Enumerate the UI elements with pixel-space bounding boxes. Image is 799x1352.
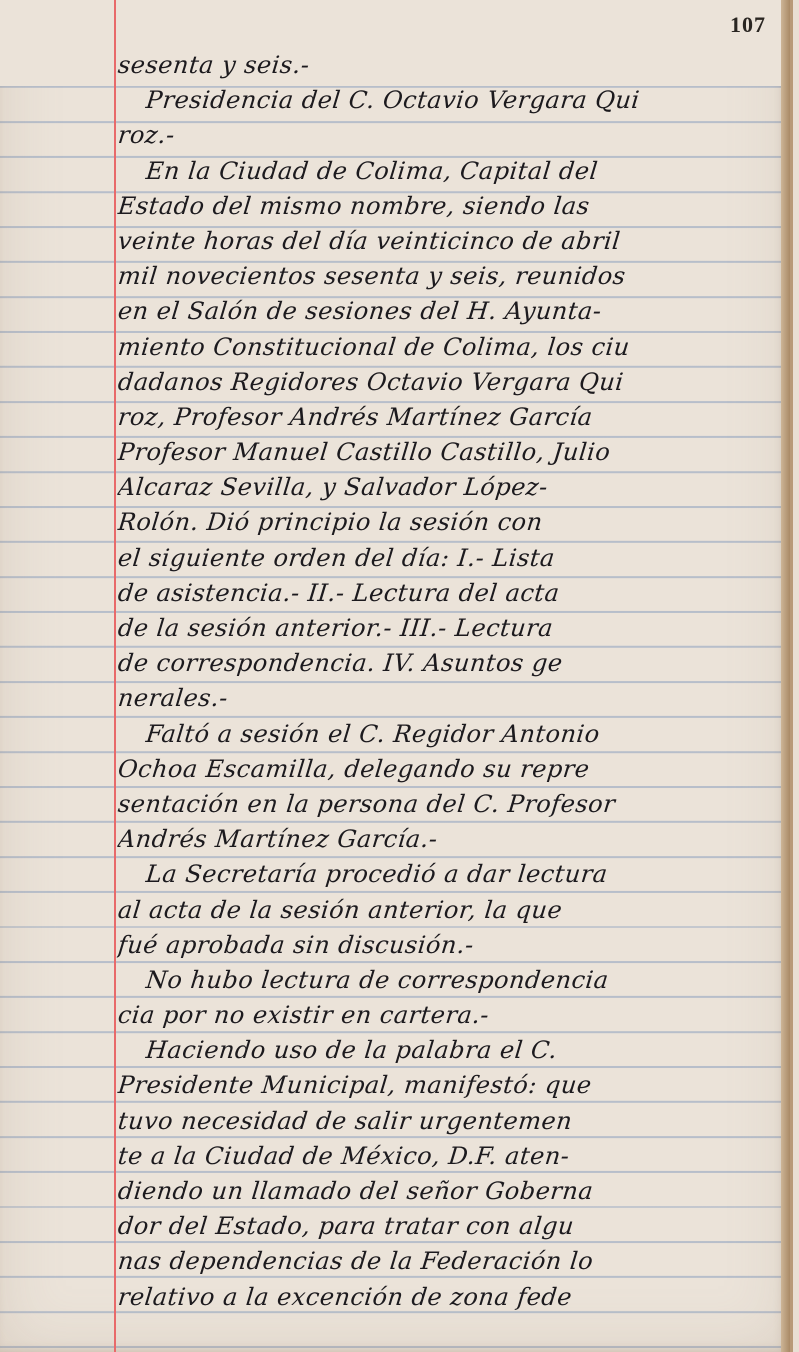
text-line: de correspondencia. IV. Asuntos ge: [116, 646, 785, 681]
ledger-page: 107 sesenta y seis.- Presidencia del C. …: [0, 0, 793, 1352]
text-line: cia por no existir en cartera.-: [116, 998, 785, 1033]
text-line: nerales.-: [116, 681, 785, 716]
text-line: en el Salón de sesiones del H. Ayunta-: [116, 294, 785, 329]
text-line: dor del Estado, para tratar con algu: [116, 1209, 785, 1244]
page-edge: [781, 0, 790, 1352]
text-line: de la sesión anterior.- III.- Lectura: [116, 611, 785, 646]
text-line: Ochoa Escamilla, delegando su repre: [116, 752, 785, 787]
text-line: Profesor Manuel Castillo Castillo, Julio: [116, 435, 785, 470]
text-line: No hubo lectura de correspondencia: [116, 963, 785, 998]
text-line: al acta de la sesión anterior, la que: [116, 893, 785, 928]
text-line: Alcaraz Sevilla, y Salvador López-: [116, 470, 785, 505]
text-line: sesenta y seis.-: [116, 48, 785, 83]
text-line: La Secretaría procedió a dar lectura: [116, 857, 785, 892]
text-line: Presidente Municipal, manifestó: que: [116, 1068, 785, 1103]
text-line: te a la Ciudad de México, D.F. aten-: [116, 1139, 785, 1174]
text-line: Presidencia del C. Octavio Vergara Qui: [116, 83, 785, 118]
handwritten-text-block: sesenta y seis.- Presidencia del C. Octa…: [118, 48, 783, 1315]
text-line: roz, Profesor Andrés Martínez García: [116, 400, 785, 435]
text-line: diendo un llamado del señor Goberna: [116, 1174, 785, 1209]
text-line: roz.-: [116, 118, 785, 153]
text-line: nas dependencias de la Federación lo: [116, 1244, 785, 1279]
page-number: 107: [730, 12, 766, 38]
text-line: mil novecientos sesenta y seis, reunidos: [116, 259, 785, 294]
text-line: fué aprobada sin discusión.-: [116, 928, 785, 963]
text-line: tuvo necesidad de salir urgentemen: [116, 1104, 785, 1139]
text-line: Faltó a sesión el C. Regidor Antonio: [116, 717, 785, 752]
text-line: sentación en la persona del C. Profesor: [116, 787, 785, 822]
text-line: Haciendo uso de la palabra el C.: [116, 1033, 785, 1068]
text-line: En la Ciudad de Colima, Capital del: [116, 154, 785, 189]
text-line: veinte horas del día veinticinco de abri…: [116, 224, 785, 259]
text-line: relativo a la excención de zona fede: [116, 1280, 785, 1315]
text-line: miento Constitucional de Colima, los ciu: [116, 330, 785, 365]
text-line: Andrés Martínez García.-: [116, 822, 785, 857]
text-line: el siguiente orden del día: I.- Lista: [116, 541, 785, 576]
text-line: Rolón. Dió principio la sesión con: [116, 505, 785, 540]
text-line: de asistencia.- II.- Lectura del acta: [116, 576, 785, 611]
text-line: Estado del mismo nombre, siendo las: [116, 189, 785, 224]
text-line: dadanos Regidores Octavio Vergara Qui: [116, 365, 785, 400]
